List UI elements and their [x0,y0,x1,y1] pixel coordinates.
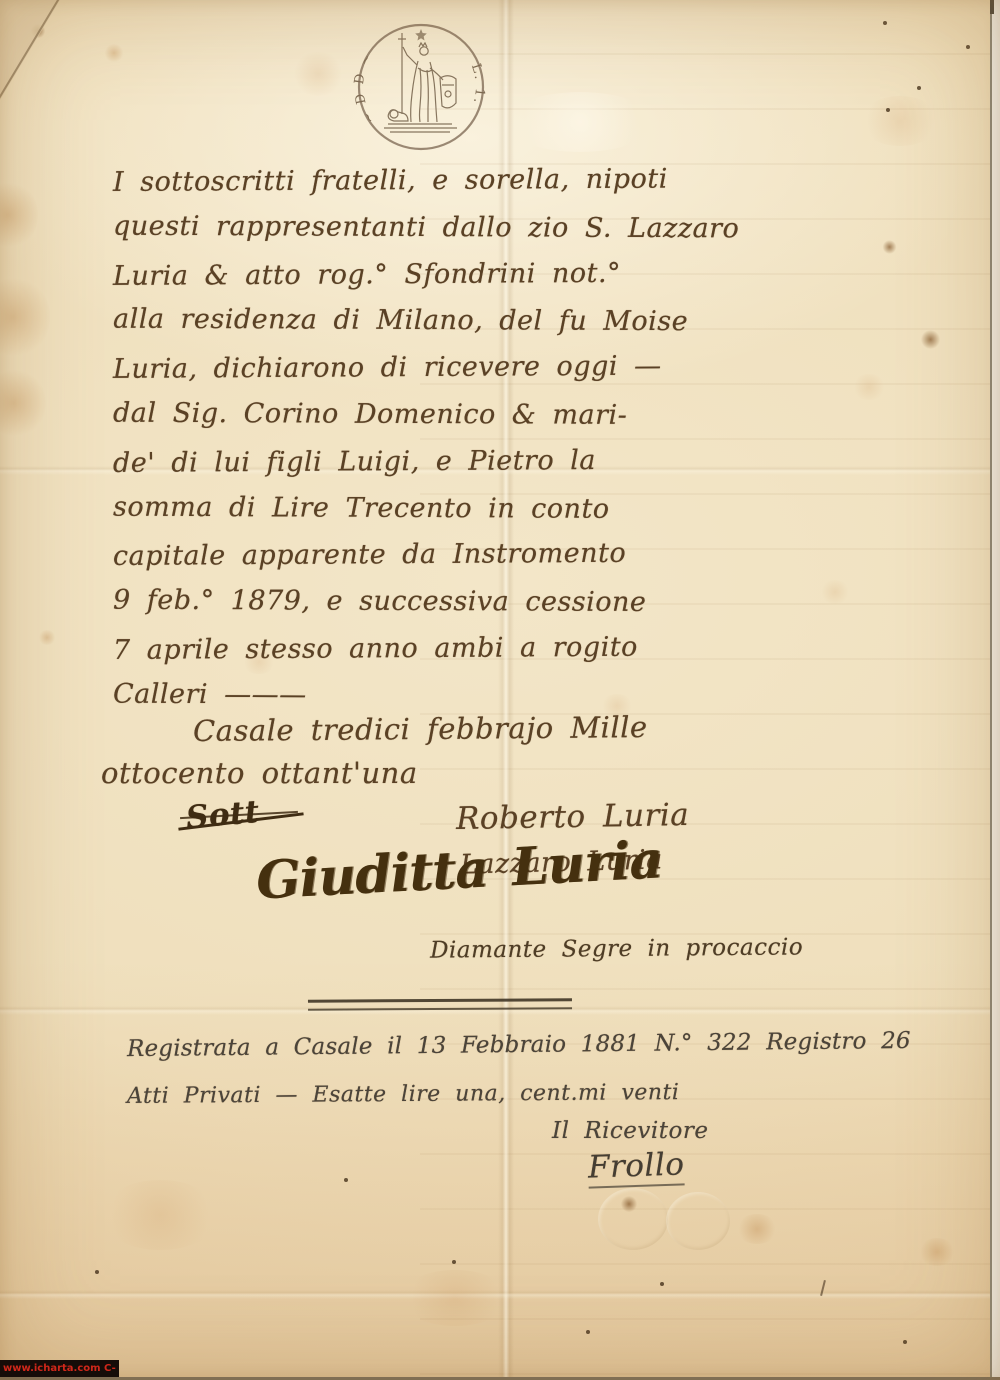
ink-speck [660,1282,664,1286]
document-page: ~ D D ~ L. 1. I [0,0,1000,1380]
attestation-line: Diamante Segre in procaccio [430,934,803,963]
double-rule-separator [308,998,572,1010]
paper-stain [882,240,897,254]
receiver-title: Il Ricevitore [552,1118,708,1144]
stamp-right-text: L. 1. [468,62,487,107]
manuscript-line-1: I sottoscritti fratelli, e sorella, nipo… [113,156,740,207]
manuscript-line-10: 9 feb.° 1879, e successiva cessione [113,578,739,628]
ink-stroke [820,1280,826,1296]
paper-stain [30,24,46,38]
fold-crease-horizontal [0,1290,1000,1299]
paper-stain [820,580,850,604]
manuscript-line-6: dal Sig. Corino Domenico & mari- [113,391,739,441]
registration-line: Registrata a Casale il 13 Febbraio 1881 … [127,1028,911,1062]
registration-fees-line: Atti Privati — Esatte lire una, cent.mi … [127,1080,680,1109]
dateline-place-date: Casale tredici febbrajo Mille [193,710,648,748]
paper-stain [104,44,124,62]
stamp-left-text: ~ D D ~ [352,50,378,126]
paper-stain [0,180,38,250]
ink-speck [917,86,921,90]
paper-stain [918,1238,956,1266]
signature-large-flourished: Giuditta Luria [255,829,664,911]
manuscript-line-8: somma di Lire Trecento in conto [113,484,739,534]
paper-stain [100,1180,220,1250]
manuscript-line-5: Luria, dichiarono di ricevere oggi — [113,343,740,394]
ink-speck [95,1270,99,1274]
paper-stain [0,368,46,438]
embossed-seal [598,1188,668,1250]
corner-fold [0,0,60,100]
ink-speck [344,1178,348,1182]
paper-stain [736,1214,778,1244]
manuscript-line-9: capitale apparente da Instromento [113,530,740,581]
paper-stain [920,330,941,349]
scan-edge-corner [990,0,994,14]
ink-speck [966,45,970,49]
paper-highlight [505,92,655,152]
dateline-year: ottocento ottant'una [101,756,418,790]
embossed-seal [666,1192,730,1250]
paper-stain [38,630,56,645]
manuscript-line-11: 7 aprile stesso anno ambi a rogito [113,624,740,675]
paper-stain [860,96,940,146]
paper-stain [852,374,886,400]
ink-speck [452,1260,456,1264]
revenue-stamp: ~ D D ~ L. 1. [350,16,492,158]
archive-watermark: www.icharta.com C-002769 [0,1360,119,1377]
paper-stain [0,275,50,359]
receiver-signature: Frollo [587,1146,685,1188]
paper-stain [400,1270,510,1326]
ink-speck [586,1330,590,1334]
corner-fold-edge [0,0,60,101]
ink-speck [886,108,890,112]
paper-toning [0,960,1000,1380]
manuscript-line-4: alla residenza di Milano, del fu Moise [113,297,739,347]
manuscript-body: I sottoscritti fratelli, e sorella, nipo… [113,158,739,720]
manuscript-line-2: questi rappresentanti dallo zio S. Lazza… [113,203,739,253]
paper-stain [292,52,344,96]
paper-stain [620,1196,638,1212]
manuscript-line-3: Luria & atto rog.° Sfondrini not.° [113,250,740,301]
ink-speck [883,21,887,25]
manuscript-line-7: de' di lui figli Luigi, e Pietro la [113,437,740,488]
stamp-allegory-figure-icon [384,29,457,132]
ink-speck [903,1340,907,1344]
scan-edge-right [990,0,1000,1380]
